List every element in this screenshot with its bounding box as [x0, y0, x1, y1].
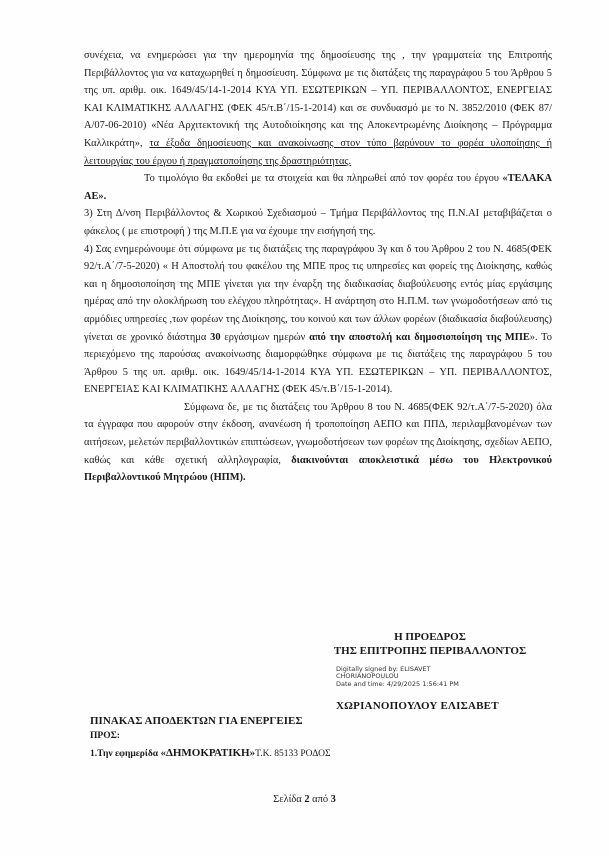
paragraph-item-3: 3) Στη Δ/νση Περιβάλλοντος & Χωρικού Σχε… [84, 205, 552, 240]
page-total: 3 [331, 794, 336, 805]
paragraph-publication-costs: συνέχεια, να ενημερώσει για την ημερομην… [84, 47, 552, 170]
signature-title: Η ΠΡΟΕΔΡΟΣ ΤΗΣ ΕΠΙΤΡΟΠΗΣ ΠΕΡΙΒΑΛΛΟΝΤΟΣ [300, 630, 560, 658]
document-page: συνέχεια, να ενημερώσει για την ημερομην… [0, 0, 609, 856]
recipient-prefix: Την εφημερίδα [97, 749, 160, 759]
paragraph-electronic-registry: Σύμφωνα δε, με τις διατάξεις του Άρθρου … [84, 399, 552, 487]
signature-title-line1: Η ΠΡΟΕΔΡΟΣ [300, 630, 560, 644]
document-body: συνέχεια, να ενημερώσει για την ημερομην… [84, 47, 552, 487]
page-separator: από [310, 794, 331, 805]
digital-signature-date: Date and time: 4/29/2025 1:56:41 PM [336, 681, 459, 688]
recipients-title: ΠΙΝΑΚΑΣ ΑΠΟΔΕΚΤΩΝ ΓΙΑ ΕΝΕΡΓΕΙΕΣ [90, 715, 303, 727]
recipients-to-label: ΠΡΟΣ: [90, 731, 120, 741]
paragraph-text: 4) Σας ενημερώνουμε ότι σύμφωνα με τις δ… [84, 244, 552, 343]
digital-signature-stamp: Digitally signed by: ELISAVET CHORIANOPO… [336, 666, 459, 688]
paragraph-text: συνέχεια, να ενημερώσει για την ημερομην… [84, 50, 552, 149]
signer-name: ΧΩΡΙΑΝΟΠΟΥΛΟΥ ΕΛΙΣΑΒΕΤ [336, 700, 499, 712]
page-number: Σελίδα 2 από 3 [0, 794, 609, 805]
signature-title-line2: ΤΗΣ ΕΠΙΤΡΟΠΗΣ ΠΕΡΙΒΑΛΛΟΝΤΟΣ [300, 644, 560, 658]
paragraph-text: Το τιμολόγιο θα εκδοθεί με τα στοιχεία κ… [144, 173, 502, 184]
paragraph-invoice: Το τιμολόγιο θα εκδοθεί με τα στοιχεία κ… [84, 170, 552, 205]
underlined-costs-clause: τα έξοδα δημοσίευσης και ανακοίνωσης στο… [84, 138, 552, 167]
page-label: Σελίδα [273, 794, 304, 805]
bold-clause: από την αποστολή και δημοσιοποίηση της Μ… [309, 332, 530, 343]
recipient-address: Τ.Κ. 85133 ΡΟΔΟΣ [255, 749, 330, 759]
paragraph-item-4: 4) Σας ενημερώνουμε ότι σύμφωνα με τις δ… [84, 241, 552, 399]
days-count: 30 [210, 332, 220, 343]
recipient-item: 1.Την εφημερίδα «ΔΗΜΟΚΡΑΤΙΚΗ»Τ.Κ. 85133 … [90, 747, 331, 759]
paragraph-text: εργάσιμων ημερών [221, 332, 310, 343]
recipient-newspaper: «ΔΗΜΟΚΡΑΤΙΚΗ» [160, 747, 255, 759]
